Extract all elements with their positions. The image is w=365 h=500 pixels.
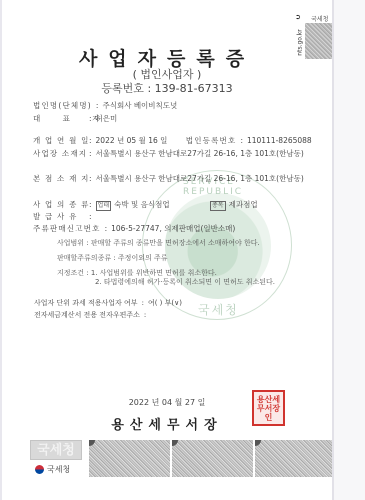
category-value: 숙박 및 음식점업 [114, 200, 169, 209]
field-value: 판매할 주류의 종류만을 면허장소에서 소매하여야 한다. [91, 239, 260, 247]
field-opening-date: 개 업 연 월 일:2022 년 05 월 16 일 법인등록번호:110111… [33, 135, 312, 146]
taegeuk-icon [35, 465, 44, 474]
field-label: 사업범위 [57, 239, 84, 247]
field-label: 사 업 의 종 류 [33, 199, 85, 210]
field-value: 2022 년 05 월 16 일 [96, 136, 168, 145]
field-value: 여( ) 부(∨) [148, 299, 182, 307]
watermark-bottom-text: 국세청 [198, 301, 239, 318]
field-liquor-report-number: 주류판매신고번호:106-5-27747, 의제판매업(일반소매) [33, 223, 235, 234]
2d-barcode-icon [255, 440, 332, 477]
field-label: 법인등록번호 [186, 135, 237, 146]
seal-text: 용산세무서장인 [256, 395, 282, 422]
field-value: 서울특별시 용산구 한남대로27가길 26-16, 1층 101호(한남동) [96, 174, 304, 183]
field-liquor-types: 판매할주류의종류 : 주정이외의 주류 [57, 253, 167, 263]
nts-logo: 국세청 [35, 464, 70, 475]
field-value: 허은미 [96, 114, 118, 123]
nts-swirl-icon: ➲ [295, 13, 301, 21]
field-value: 주식회사 베이비칙도넛 [102, 101, 177, 110]
field-label: 발 급 사 유 [33, 211, 85, 222]
2d-barcode-icon [172, 440, 253, 477]
nts-label: 국세청 [311, 14, 328, 23]
field-label: 사업장 소재지 [33, 148, 85, 159]
condition-item: 2. 타법령에의해 허가·등록이 취소되면 이 면허도 취소된다. [95, 278, 275, 286]
field-e-invoice-email: 전자세금계산서 전용 전자우편주소: [34, 310, 150, 320]
2d-barcode-icon [89, 440, 170, 477]
official-seal-icon: 용산세무서장인 [252, 390, 285, 426]
field-issue-reason: 발 급 사 유: [33, 211, 96, 222]
field-label: 개 업 연 월 일 [33, 135, 85, 146]
field-head-office: 본 점 소 재 지:서울특별시 용산구 한남대로27가길 26-16, 1층 1… [33, 173, 304, 184]
field-label: 대 표 자 [33, 113, 85, 124]
field-value: 서울특별시 용산구 한남대로27가길 26-16, 1층 101호(한남동) [96, 149, 304, 158]
page-margin [332, 0, 365, 500]
field-business-location: 사업장 소재지:서울특별시 용산구 한남대로27가길 26-16, 1층 101… [33, 148, 304, 159]
field-representative: 대 표 자:허은미 [33, 113, 117, 124]
registration-number: 등록번호 : 139-81-67313 [2, 80, 332, 96]
category-tag: 업태 [96, 201, 112, 211]
field-corporation-name: 법인명(단체명):주식회사 베이비칙도넛 [33, 100, 177, 111]
field-conditions-2: 2. 타법령에의해 허가·등록이 취소되면 이 면허도 취소된다. [95, 277, 275, 287]
field-label: 전자세금계산서 전용 전자우편주소 [34, 311, 140, 319]
field-label: 판매할주류의종류 [57, 254, 111, 262]
condition-item: 1. 사업범위를 위반하면 면허를 취소한다. [91, 269, 217, 277]
field-label: 법인명(단체명) [33, 100, 92, 111]
nts-logo-label: 국세청 [47, 464, 70, 475]
item-value: 제과점업 [229, 200, 258, 209]
item-tag: 종목 [210, 201, 226, 211]
field-label: 본 점 소 재 지 [33, 173, 85, 184]
field-label: 지정조건 [57, 269, 84, 277]
registration-number-value: 139-81-67313 [155, 82, 233, 95]
field-business-scope: 사업범위 : 판매할 주류의 종류만을 면허장소에서 소매하여야 한다. [57, 238, 260, 248]
field-label: 주류판매신고번호 [33, 223, 101, 234]
field-value: 106-5-27747, 의제판매업(일반소매) [111, 224, 235, 233]
nts-stamp-box: 국세청 [30, 440, 82, 460]
certificate-page: SERVICE REPUBLIC 국세청 ➲ 국세청 nts.go.kr 사업자… [2, 0, 332, 500]
field-unit-taxation: 사업자 단위 과세 적용사업자 여부:여( ) 부(∨) [34, 298, 182, 308]
field-value: 주정이외의 주류 [118, 254, 168, 262]
field-value: 110111-8265088 [247, 136, 312, 145]
registration-number-label: 등록번호 [101, 82, 144, 95]
field-business-type: 사 업 의 종 류:업태숙박 및 음식점업 종목제과점업 [33, 199, 258, 211]
field-label: 사업자 단위 과세 적용사업자 여부 [34, 299, 138, 307]
